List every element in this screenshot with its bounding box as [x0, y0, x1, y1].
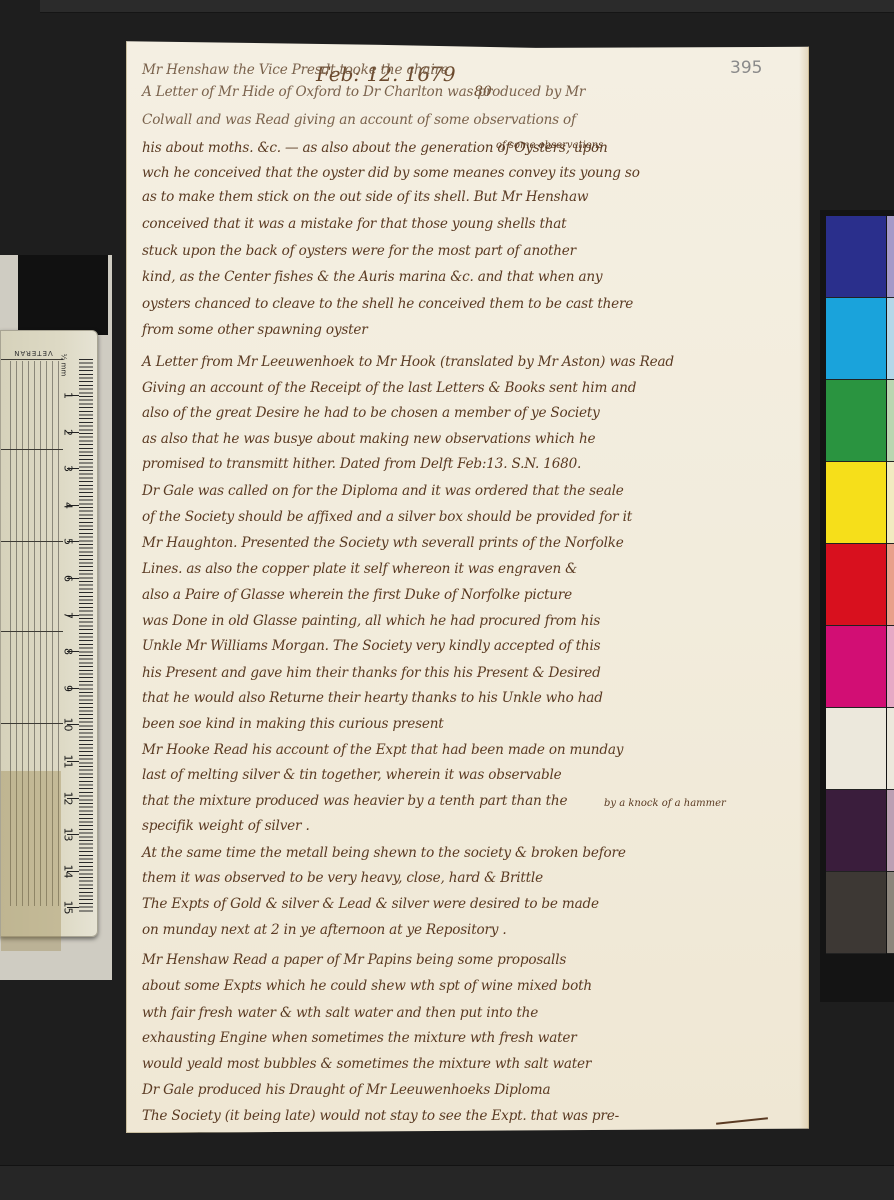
manuscript-line: conceived that it was a mistake for that… — [142, 216, 566, 232]
ruler-mm-scale — [79, 359, 93, 914]
manuscript-line: stuck upon the back of oysters were for … — [142, 243, 576, 259]
manuscript-line: wth fair fresh water & wth salt water an… — [142, 1005, 538, 1021]
color-swatch-light-white — [887, 708, 894, 790]
manuscript-line: Mr Henshaw the Vice Presdt tooke the cha… — [142, 62, 449, 78]
manuscript-line: as also that he was busye about making n… — [142, 431, 595, 447]
color-swatch-light-yellow — [887, 462, 894, 544]
closing-flourish — [716, 1117, 768, 1124]
ruler-cm-tick — [67, 395, 79, 396]
ruler-cm-tick — [67, 724, 79, 725]
manuscript-line: from some other spawning oyster — [142, 322, 368, 338]
manuscript-line: was Done in old Glasse painting, all whi… — [142, 613, 600, 629]
manuscript-line: that he would also Returne their hearty … — [142, 690, 603, 706]
ruler-cm-tick — [67, 871, 79, 872]
ruler-unit-label: ½ mm — [60, 354, 68, 377]
ruler-grid-line — [1, 631, 63, 632]
manuscript-line: The Society (it being late) would not st… — [142, 1108, 619, 1124]
manuscript-line: Mr Haughton. Presented the Society wth s… — [142, 535, 624, 551]
manuscript-line: A Letter of Mr Hide of Oxford to Dr Char… — [142, 84, 585, 100]
manuscript-line: kind, as the Center fishes & the Auris m… — [142, 269, 602, 285]
ruler-cm-tick — [67, 541, 79, 542]
backdrop-lower-board — [0, 1165, 894, 1200]
color-swatch-magenta — [826, 626, 886, 708]
ruler-stain — [1, 771, 61, 951]
manuscript-line: pared Ready. But the minutes of the last… — [142, 1132, 632, 1148]
ruler-grid-line — [1, 449, 63, 450]
ruler-brand-label: VETERAN — [11, 345, 55, 357]
manuscript-line: Dr Gale was called on for the Diploma an… — [142, 483, 624, 499]
manuscript-line: as to make them stick on the out side of… — [142, 189, 588, 205]
color-swatch-yellow — [826, 462, 886, 544]
manuscript-page: 395 Feb: 12. 1679 80 Mr Henshaw the Vice… — [126, 38, 809, 1133]
ruler-grid-line — [1, 541, 63, 542]
color-swatch-red — [826, 544, 886, 626]
manuscript-line: promised to transmitt hither. Dated from… — [142, 456, 581, 472]
color-swatch-light-red — [887, 544, 894, 626]
ruler-cm-tick — [67, 468, 79, 469]
ruler-grid-line — [1, 723, 63, 724]
ruler-cm-tick — [67, 688, 79, 689]
ruler-grid-line — [1, 359, 63, 360]
manuscript-line: exhausting Engine when sometimes the mix… — [142, 1030, 577, 1046]
interlinear-note: of some observations — [496, 140, 603, 151]
color-swatch-light-dark-purple — [887, 790, 894, 872]
manuscript-line: also a Paire of Glasse wherein the first… — [142, 587, 572, 603]
color-swatch-light-cyan — [887, 298, 894, 380]
folio-number: 395 — [730, 58, 762, 78]
color-swatch-dark-purple — [826, 790, 886, 872]
ruler-cm-tick — [67, 505, 79, 506]
manuscript-line: also of the great Desire he had to be ch… — [142, 405, 600, 421]
color-calibration-chart — [820, 210, 894, 1002]
color-swatch-light-black-scratched — [887, 872, 894, 954]
ruler-cm-tick — [67, 798, 79, 799]
ruler-cm-tick — [67, 578, 79, 579]
manuscript-line: wch he conceived that the oyster did by … — [142, 165, 640, 181]
manuscript-line: that the mixture produced was heavier by… — [142, 793, 567, 809]
manuscript-line: them it was observed to be very heavy, c… — [142, 870, 543, 886]
manuscript-line: would yeald most bubbles & sometimes the… — [142, 1056, 591, 1072]
ruler-cm-tick — [67, 834, 79, 835]
color-swatch-light-blue — [887, 216, 894, 298]
ruler-cm-tick — [67, 615, 79, 616]
measurement-ruler: VETERAN ½ mm 123456789101112131415 — [0, 330, 98, 937]
manuscript-line: Lines. as also the copper plate it self … — [142, 561, 577, 577]
interlinear-note: by a knock of a hammer — [604, 798, 726, 809]
manuscript-line: last of melting silver & tin together, w… — [142, 767, 562, 783]
manuscript-line: Unkle Mr Williams Morgan. The Society ve… — [142, 638, 600, 654]
manuscript-line: about some Expts which he could shew wth… — [142, 978, 592, 994]
manuscript-line: of the Society should be affixed and a s… — [142, 509, 632, 525]
ruler-cm-tick — [67, 651, 79, 652]
page-edge-stain — [799, 38, 809, 1133]
ruler-cm-tick — [67, 432, 79, 433]
manuscript-line: At the same time the metall being shewn … — [142, 845, 626, 861]
color-swatch-light-green — [887, 380, 894, 462]
manuscript-line: Giving an account of the Receipt of the … — [142, 380, 636, 396]
gray-scale-black-patch — [18, 255, 108, 335]
manuscript-line: Mr Hooke Read his account of the Expt th… — [142, 742, 623, 758]
color-swatch-black-scratched — [826, 872, 886, 954]
color-swatch-blue — [826, 216, 886, 298]
manuscript-line: A Letter from Mr Leeuwenhoek to Mr Hook … — [142, 354, 674, 370]
manuscript-line: oysters chanced to cleave to the shell h… — [142, 296, 633, 312]
color-swatch-light-magenta — [887, 626, 894, 708]
color-swatch-white — [826, 708, 886, 790]
color-swatch-cyan — [826, 298, 886, 380]
ruler-cm-tick — [67, 907, 79, 908]
manuscript-line: Mr Henshaw Read a paper of Mr Papins bei… — [142, 952, 566, 968]
manuscript-line: The Expts of Gold & silver & Lead & silv… — [142, 896, 599, 912]
backdrop-top-board — [40, 0, 894, 13]
manuscript-line: specifik weight of silver . — [142, 818, 310, 834]
color-swatch-green — [826, 380, 886, 462]
manuscript-line: Colwall and was Read giving an account o… — [142, 112, 576, 128]
manuscript-line: been soe kind in making this curious pre… — [142, 716, 444, 732]
manuscript-line: Dr Gale produced his Draught of Mr Leeuw… — [142, 1082, 550, 1098]
ruler-cm-tick — [67, 761, 79, 762]
manuscript-line: his Present and gave him their thanks fo… — [142, 665, 601, 681]
manuscript-line: on munday next at 2 in ye afternoon at y… — [142, 922, 506, 938]
